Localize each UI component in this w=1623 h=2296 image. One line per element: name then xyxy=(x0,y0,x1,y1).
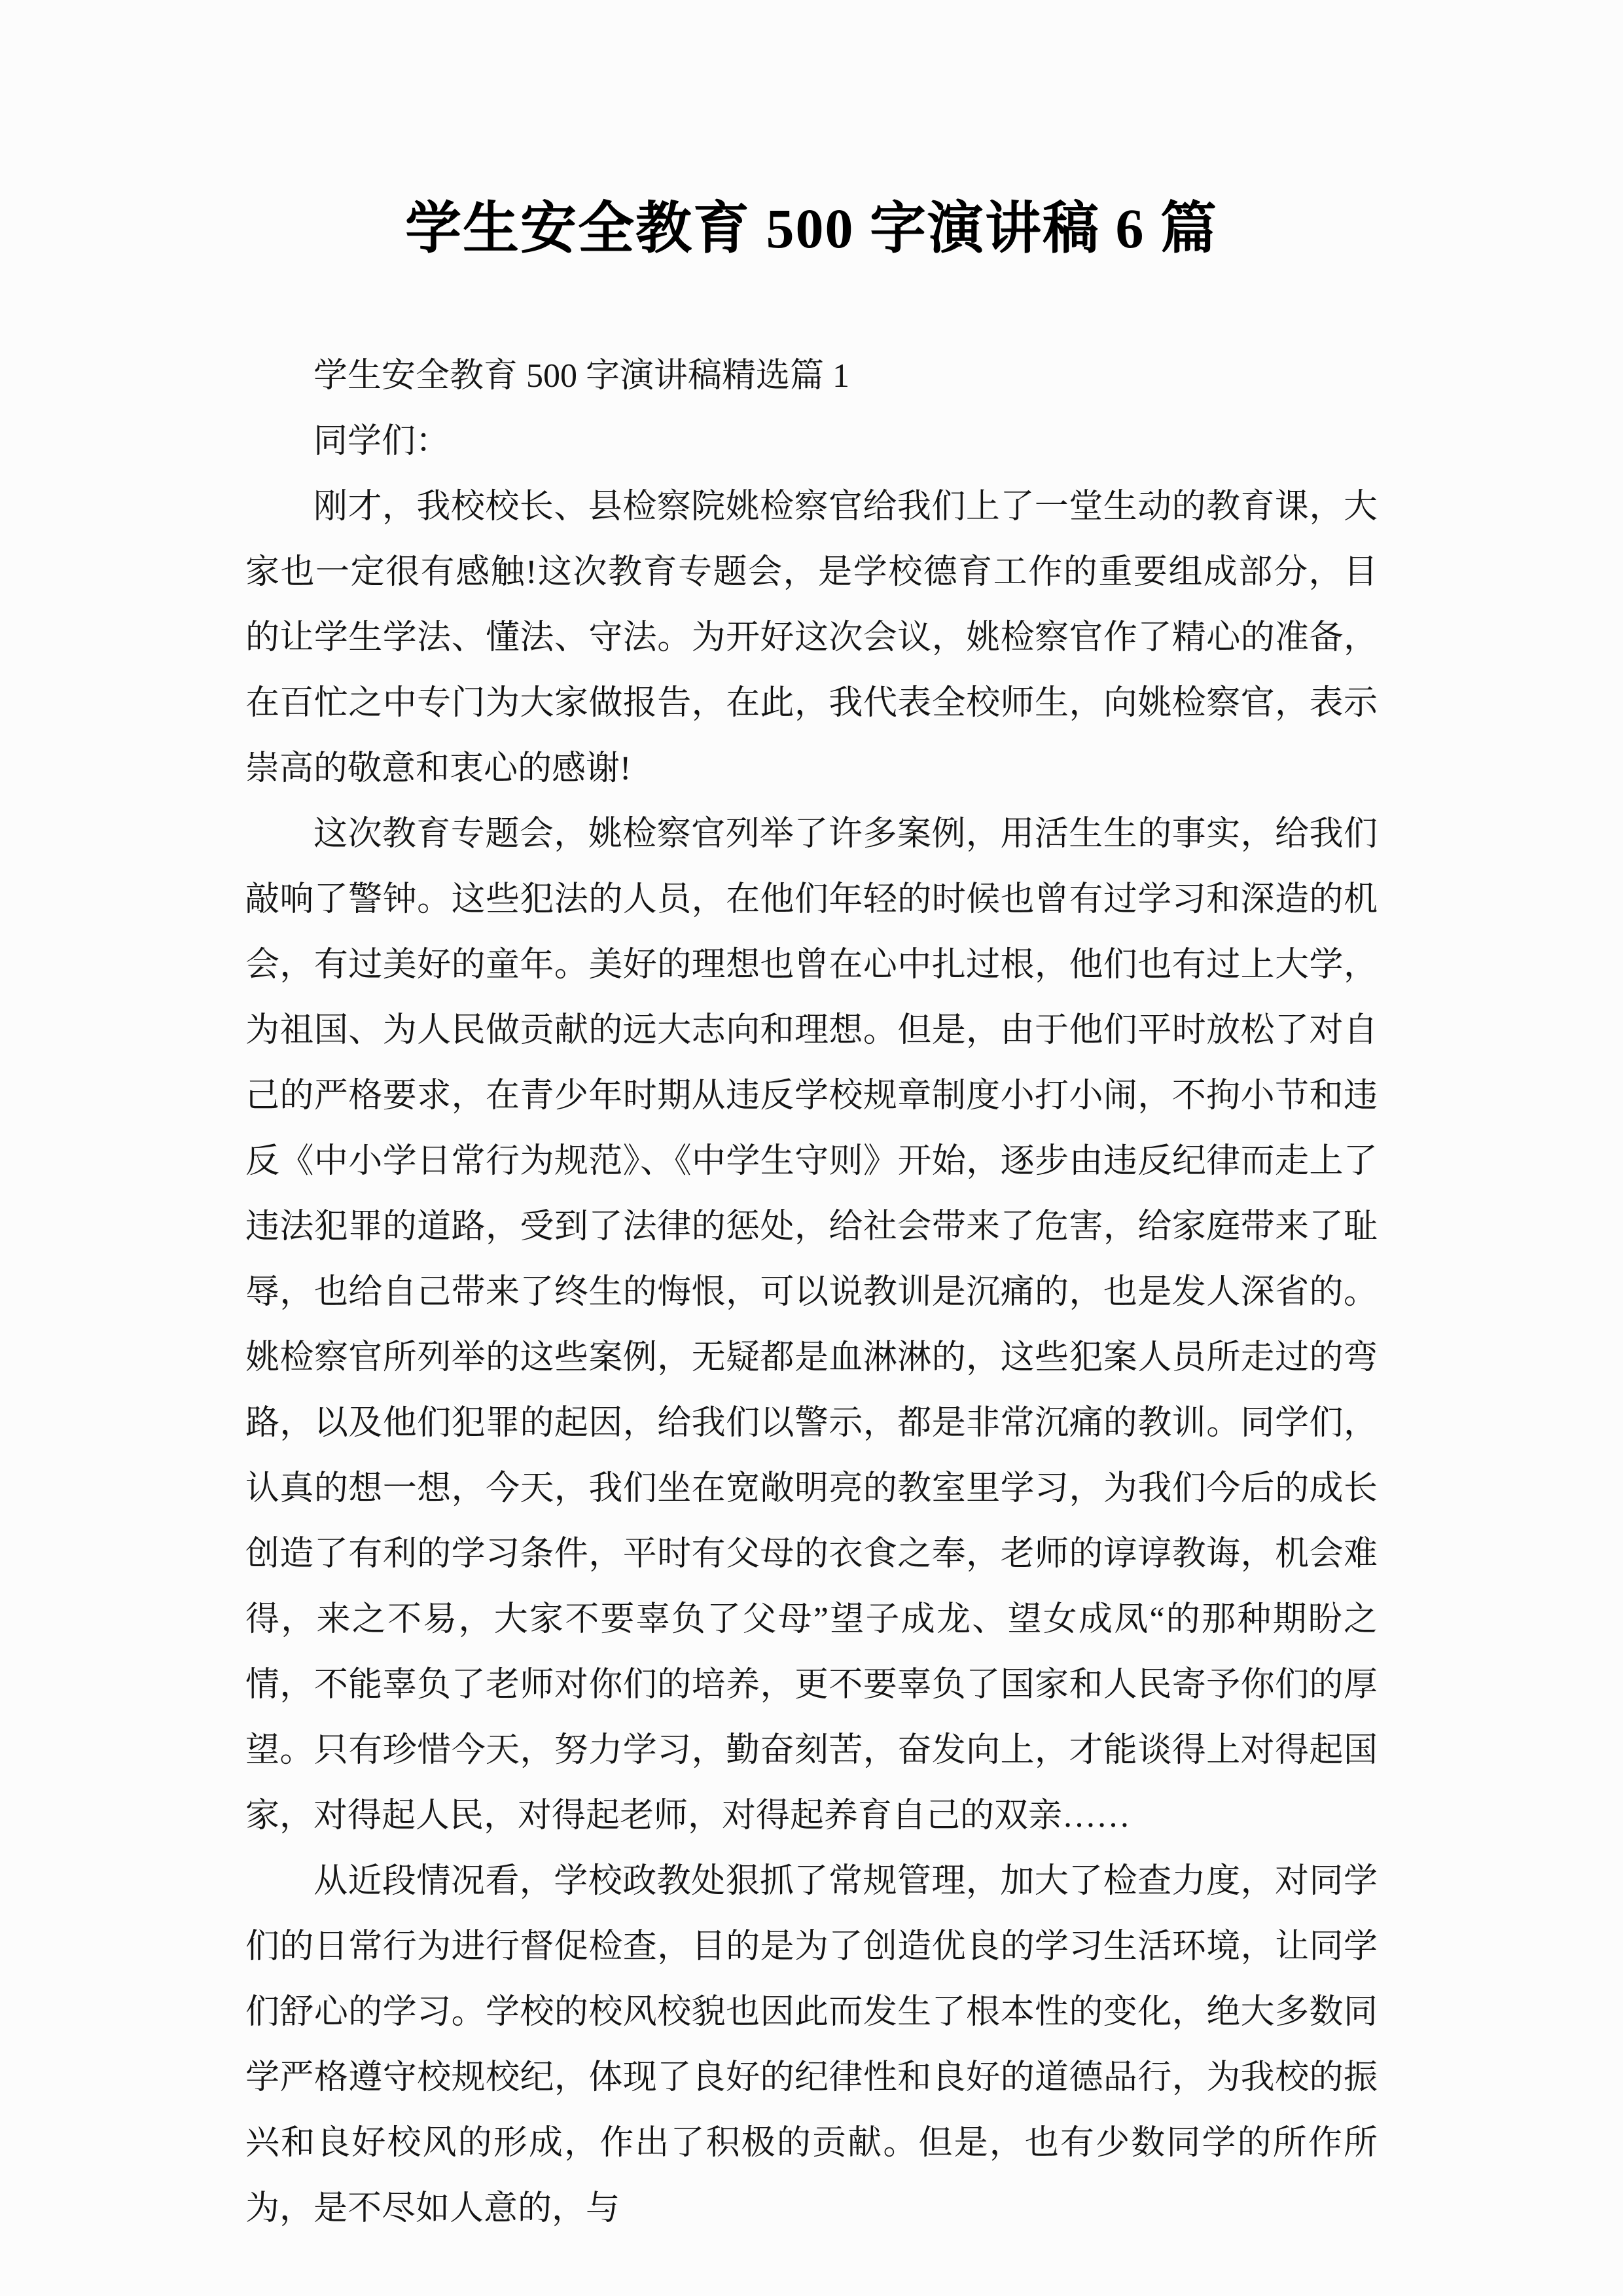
document-title: 学生安全教育 500 字演讲稿 6 篇 xyxy=(0,0,1623,261)
paragraph-body-2: 这次教育专题会，姚检察官列举了许多案例，用活生生的事实，给我们敲响了警钟。这些犯… xyxy=(245,802,1378,1849)
document-page: 学生安全教育 500 字演讲稿 6 篇 学生安全教育 500 字演讲稿精选篇 1… xyxy=(0,0,1623,2296)
paragraph-salutation: 同学们： xyxy=(245,409,1378,475)
paragraph-selection-label: 学生安全教育 500 字演讲稿精选篇 1 xyxy=(245,344,1378,409)
paragraph-body-3: 从近段情况看，学校政教处狠抓了常规管理，加大了检查力度，对同学们的日常行为进行督… xyxy=(245,1849,1378,2242)
paragraph-body-1: 刚才，我校校长、县检察院姚检察官给我们上了一堂生动的教育课，大家也一定很有感触!… xyxy=(245,475,1378,802)
document-body: 学生安全教育 500 字演讲稿精选篇 1 同学们： 刚才，我校校长、县检察院姚检… xyxy=(245,344,1378,2242)
